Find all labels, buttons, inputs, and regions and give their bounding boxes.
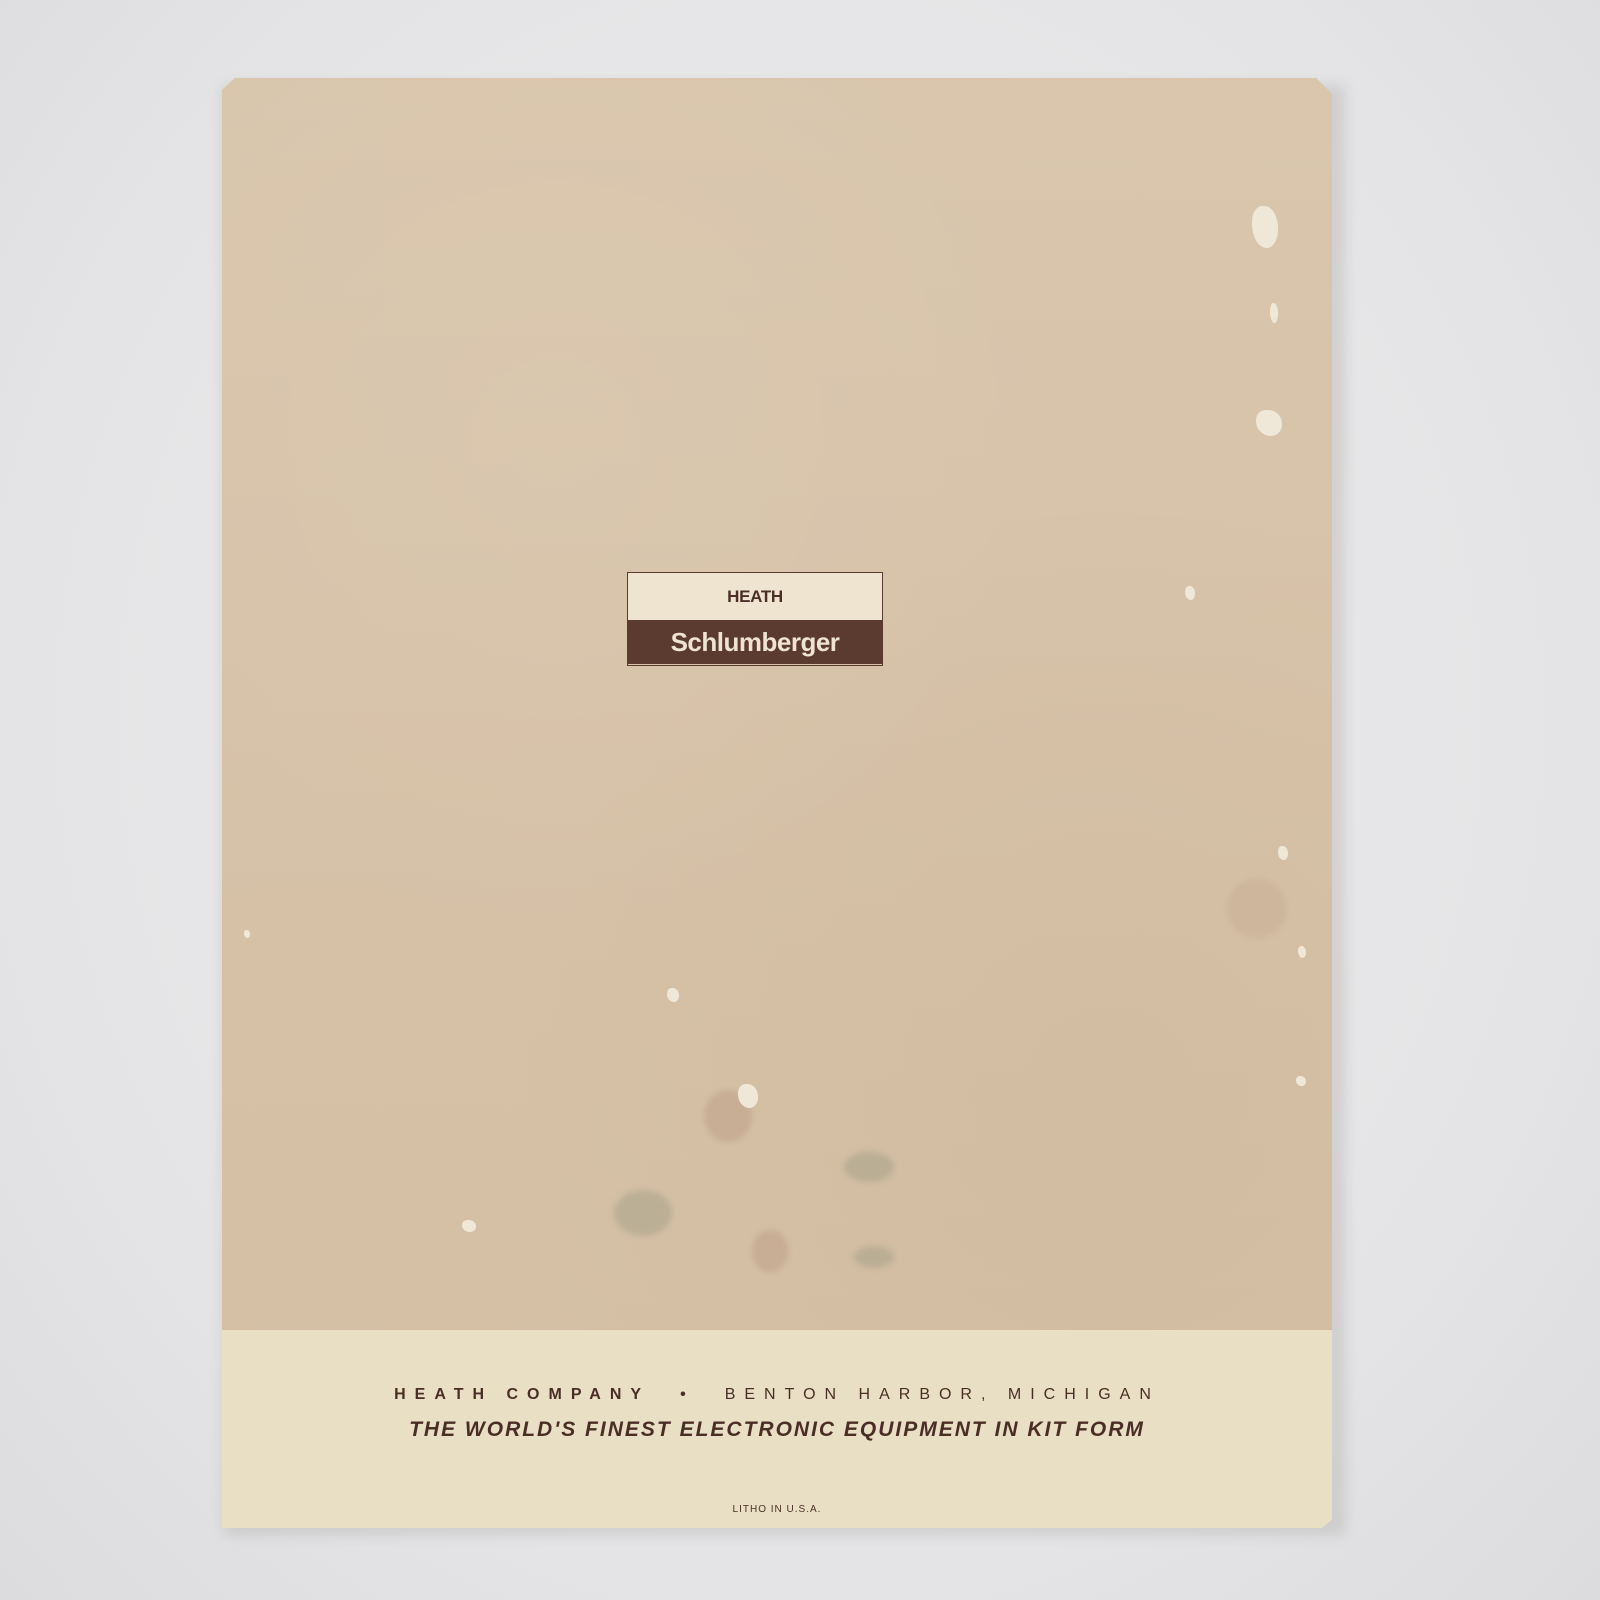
back-cover-page: HEATH Schlumberger HEATH COMPANY•BENTON … <box>222 78 1332 1528</box>
paint-flake <box>1252 206 1278 248</box>
company-location: BENTON HARBOR, MICHIGAN <box>725 1386 1160 1403</box>
paint-flake <box>738 1084 758 1108</box>
logo-schlumberger-text: Schlumberger <box>628 621 882 664</box>
paint-flake <box>1270 303 1278 323</box>
separator-dot: • <box>680 1386 695 1403</box>
stain-mark <box>854 1246 894 1268</box>
logo-heath-text: HEATH <box>628 573 882 621</box>
stain-mark <box>752 1230 788 1272</box>
paint-flake <box>1296 1076 1306 1086</box>
heath-schlumberger-logo: HEATH Schlumberger <box>627 572 883 666</box>
paint-flake <box>1298 946 1306 958</box>
company-slogan: THE WORLD'S FINEST ELECTRONIC EQUIPMENT … <box>222 1418 1332 1442</box>
stain-mark <box>844 1152 894 1182</box>
paint-flake <box>1256 410 1282 436</box>
paint-flake <box>667 988 679 1002</box>
printer-note: LITHO IN U.S.A. <box>222 1504 1332 1515</box>
paint-flake <box>1185 586 1195 600</box>
company-name: HEATH COMPANY <box>394 1386 650 1403</box>
stain-mark <box>614 1190 672 1236</box>
paint-flake <box>244 930 250 938</box>
paper-texture <box>222 78 1332 1528</box>
paint-flake <box>1278 846 1288 860</box>
paint-flake <box>462 1220 476 1232</box>
footer-band: HEATH COMPANY•BENTON HARBOR, MICHIGAN TH… <box>222 1330 1332 1528</box>
company-address-line: HEATH COMPANY•BENTON HARBOR, MICHIGAN <box>222 1386 1332 1404</box>
stain-mark <box>1227 878 1287 938</box>
